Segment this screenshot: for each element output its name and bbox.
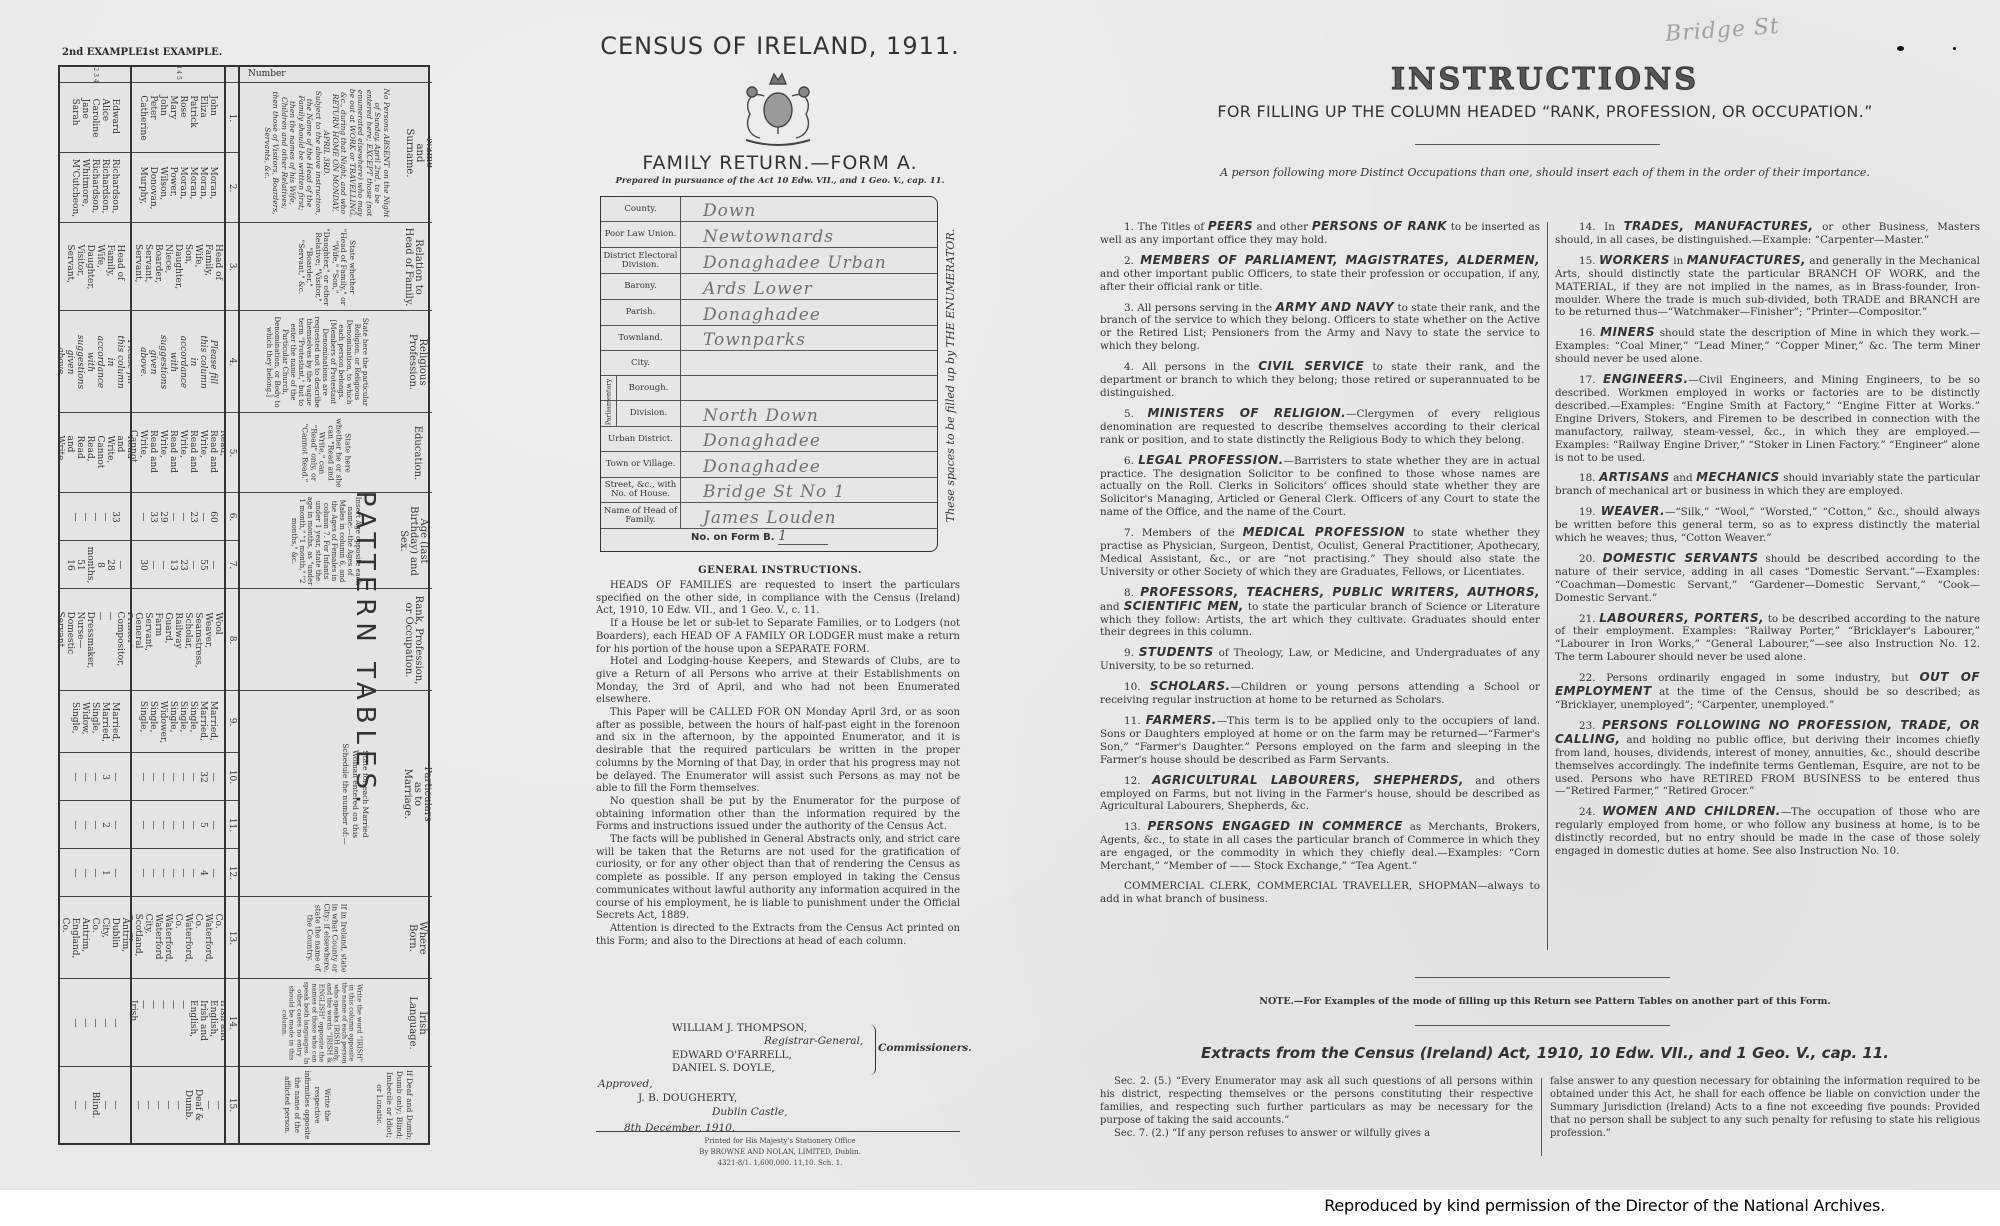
field-label: Division. xyxy=(617,401,681,426)
item-text: The Titles of xyxy=(1138,221,1208,233)
occupation-instructions: INSTRUCTIONS FOR FILLING UP THE COLUMN H… xyxy=(1090,0,2000,1190)
item-number: 12. xyxy=(1124,775,1152,787)
field-value[interactable]: Bridge St No 1 xyxy=(681,478,937,502)
occupations: Farmer, — Wool Weaver, Seamstress, Schol… xyxy=(132,612,224,667)
item-number: 2. xyxy=(1124,255,1140,267)
col-number: 5. xyxy=(227,448,237,457)
religion-note: Please fill this column in accordance wi… xyxy=(60,334,130,388)
instructions-subtitle: FOR FILLING UP THE COLUMN HEADED “RANK, … xyxy=(1090,102,2000,121)
item-text: and other important public Officers, to … xyxy=(1100,268,1540,293)
extracts-title: Extracts from the Census (Ireland) Act, … xyxy=(1090,1044,2000,1062)
instruction-item: 7. Members of the MEDICAL PROFESSION to … xyxy=(1100,526,1540,579)
field-label: Name of Head of Family. xyxy=(601,503,681,528)
col-number: 10. xyxy=(227,769,237,783)
item-number: 16. xyxy=(1579,327,1600,339)
item-keyword: LEGAL PROFESSION. xyxy=(1138,453,1283,467)
irish-language: — — — — — xyxy=(70,1018,120,1027)
field-townland: Townland.Townparks xyxy=(601,326,937,351)
item-text: Persons ordinarily engaged in some indus… xyxy=(1606,672,1919,684)
field-value[interactable]: Townparks xyxy=(681,326,937,350)
field-parish: Parish.Donaghadee xyxy=(601,300,937,326)
field-label: Borough. xyxy=(617,376,681,400)
field-poor-law-union: Poor Law Union.Newtownards xyxy=(601,222,937,248)
instruction-item: 12. AGRICULTURAL LABOURERS, SHEPHERDS, a… xyxy=(1100,774,1540,814)
ages-males: 33 — — — — xyxy=(70,511,120,522)
infirmities: — — Blind. — — xyxy=(70,1092,120,1119)
item-keyword: ARTISANS xyxy=(1599,470,1669,484)
field-town-or-village: Town or Village.Donaghadee xyxy=(601,452,937,478)
field-label: Town or Village. xyxy=(601,452,681,477)
relation-header: Relation to Head of Family. xyxy=(403,227,423,307)
irish-language: Irish and English, Irish and English, — … xyxy=(132,1000,224,1046)
instruction-item: 20. DOMESTIC SERVANTS should be describe… xyxy=(1555,552,1980,605)
item-number: 19. xyxy=(1579,506,1601,518)
field-city: City. xyxy=(601,351,937,376)
item-keyword: CIVIL SERVICE xyxy=(1258,359,1364,373)
item-keyword: PERSONS OF RANK xyxy=(1312,219,1447,233)
infirmities: — — Deaf & Dumb. — — — — — xyxy=(133,1082,223,1128)
item-keyword: PROFESSORS, TEACHERS, PUBLIC WRITERS, AU… xyxy=(1140,585,1540,599)
ages-females: — 55 — 23 13 — — 30 xyxy=(138,559,218,570)
instruction-item: 23. PERSONS FOLLOWING NO PROFESSION, TRA… xyxy=(1555,719,1980,798)
family-return-form-a: CENSUS OF IRELAND, 1911. FAMILY RETURN.—… xyxy=(588,0,972,1190)
where-born-instructions: If in Ireland, state in what County or C… xyxy=(305,903,348,973)
field-head-of-family: Name of Head of Family.James Louden xyxy=(601,503,937,529)
item-number: 1. xyxy=(1124,221,1138,233)
instruction-item: 5. MINISTERS OF RELIGION.—Clergymen of e… xyxy=(1100,407,1540,447)
instructions-note: A person following more Distinct Occupat… xyxy=(1090,166,2000,179)
irish-instructions: Write the word "IRISH" in this column op… xyxy=(279,981,362,1065)
instruction-item: COMMERCIAL CLERK, COMMERCIAL TRAVELLER, … xyxy=(1100,880,1540,906)
col-number: 11. xyxy=(227,817,237,831)
field-label: Parish. xyxy=(601,300,681,325)
field-label: County. xyxy=(601,197,681,221)
field-value[interactable]: Donaghadee xyxy=(681,300,937,325)
marital-status: Married, Married, Single, Single, Single… xyxy=(138,700,218,742)
item-keyword: MEDICAL PROFESSION xyxy=(1243,525,1406,539)
item-keyword: MINERS xyxy=(1600,325,1655,339)
instruction-item: 11. FARMERS.—This term is to be applied … xyxy=(1100,714,1540,767)
item-keyword: MINISTERS OF RELIGION. xyxy=(1148,406,1347,420)
numbers: 1 2 3 4 5 xyxy=(90,67,100,83)
col-number: 3. xyxy=(227,262,237,271)
instruction-paragraph: Attention is directed to the Extracts fr… xyxy=(596,923,960,948)
years-married: — 3 — — — xyxy=(70,772,120,781)
occupation-header: Rank, Profession, or Occupation. xyxy=(403,595,423,685)
census-title: CENSUS OF IRELAND, 1911. xyxy=(588,32,972,60)
instruction-paragraph: If a House be let or sub-let to Separate… xyxy=(596,618,960,656)
item-number: 18. xyxy=(1579,472,1599,484)
numbers: 1 2 3 4 5 6 7 8 xyxy=(173,67,183,83)
item-keyword: MEMBERS OF PARLIAMENT, MAGISTRATES, ALDE… xyxy=(1140,253,1540,267)
field-label: Poor Law Union. xyxy=(601,222,681,247)
field-label: City. xyxy=(601,351,681,375)
royal-crest-icon xyxy=(730,70,826,150)
field-value[interactable] xyxy=(681,351,937,375)
field-value[interactable]: James Louden xyxy=(681,503,937,528)
field-value[interactable]: North Down xyxy=(681,401,937,426)
item-text: and xyxy=(1100,601,1124,613)
item-number: 4. xyxy=(1124,361,1142,373)
item-number: 5. xyxy=(1124,408,1148,420)
instruction-item: 22. Persons ordinarily engaged in some i… xyxy=(1555,671,1980,712)
item-keyword: SCIENTIFIC MEN, xyxy=(1124,599,1244,613)
christian-names: Edward Alice Caroline Jane Sarah xyxy=(70,98,120,137)
archive-credit: Reproduced by kind permission of the Dir… xyxy=(0,1196,2000,1215)
item-number: 10. xyxy=(1124,681,1150,693)
surnames: Richardson, Richardson, Richardson, Whit… xyxy=(70,158,120,216)
item-number: 22. xyxy=(1579,672,1606,684)
divider xyxy=(1415,1025,1670,1026)
field-label: Barony. xyxy=(601,274,681,299)
item-number: 9. xyxy=(1124,647,1139,659)
general-instructions-title: GENERAL INSTRUCTIONS. xyxy=(588,565,972,576)
item-keyword: TRADES, MANUFACTURES, xyxy=(1624,219,1814,233)
relation-instructions: State whether "Head of Family," or "Wife… xyxy=(297,227,357,307)
item-keyword: PERSONS ENGAGED IN COMMERCE xyxy=(1147,819,1402,833)
col-number: 4. xyxy=(227,357,237,366)
name-instructions: No Persons ABSENT on the Night of Sunday… xyxy=(263,88,391,218)
field-street-house-number: Street, &c., with No. of House.Bridge St… xyxy=(601,478,937,503)
instruction-item: 17. ENGINEERS.—Civil Engineers, and Mini… xyxy=(1555,373,1980,464)
general-instructions-body: HEADS OF FAMILIES are requested to inser… xyxy=(596,580,960,948)
item-number: 6. xyxy=(1124,455,1138,467)
instruction-paragraph: HEADS OF FAMILIES are requested to inser… xyxy=(596,580,960,618)
christian-names: John Eliza Patrick Rose Mary John Peter … xyxy=(138,95,218,140)
form-b-value[interactable]: 1 xyxy=(778,528,828,545)
occupations: Printer—Compositor, — — Dressmaker, Nurs… xyxy=(60,611,130,668)
religion-note: Please fill this column in accordance wi… xyxy=(138,334,218,388)
divider xyxy=(1415,977,1670,978)
instruction-item: 8. PROFESSORS, TEACHERS, PUBLIC WRITERS,… xyxy=(1100,586,1540,640)
instruction-paragraph: The facts will be published in General A… xyxy=(596,834,960,923)
item-number: 20. xyxy=(1579,553,1603,565)
item-keyword: PEERS xyxy=(1208,219,1253,233)
field-value[interactable]: Donaghadee xyxy=(681,427,937,451)
instruction-item: 9. STUDENTS of Theology, Law, or Medicin… xyxy=(1100,646,1540,673)
name-header: Name and Surname. xyxy=(404,128,432,177)
item-text: All persons serving in the xyxy=(1137,302,1275,314)
item-number: 24. xyxy=(1579,806,1602,818)
item-keyword: WEAVER. xyxy=(1601,504,1665,518)
item-keyword: MANUFACTURES, xyxy=(1687,253,1806,267)
col-number: 12. xyxy=(227,865,237,879)
commissioners-label: Commissioners. xyxy=(878,1042,972,1054)
where-born-header: Where Born. xyxy=(407,921,427,954)
number-header: Number xyxy=(240,67,432,83)
example-labels: 2nd EXAMPLE. 1st EXAMPLE. xyxy=(58,45,430,65)
approver-name: J. B. DOUGHERTY, xyxy=(638,1092,737,1104)
item-keyword: DOMESTIC SERVANTS xyxy=(1603,551,1759,565)
item-text: In xyxy=(1604,221,1623,233)
instruction-item: 3. All persons serving in the ARMY AND N… xyxy=(1100,301,1540,354)
col-number: 9. xyxy=(227,717,237,726)
instructions-right-column: 14. In TRADES, MANUFACTURES, or other Bu… xyxy=(1555,220,1980,865)
relations: Head of Family, Wife, Daughter, Visitor,… xyxy=(65,244,125,289)
marital-status: Married, Married, Single, Widow, Single, xyxy=(70,701,120,741)
printer-line: By BROWNE AND NOLAN, LIMITED, Dublin. xyxy=(588,1147,972,1158)
form-b-label: No. on Form B. xyxy=(691,532,775,543)
instruction-item: 1. The Titles of PEERS and other PERSONS… xyxy=(1100,220,1540,247)
printer-line: Printed for His Majesty's Stationery Off… xyxy=(588,1136,972,1147)
item-text: and xyxy=(1670,472,1697,484)
signatory-name: WILLIAM J. THOMPSON, xyxy=(672,1022,807,1034)
education: Read and Write, Read and Write, Cannot R… xyxy=(60,435,130,470)
field-barony: Barony.Ards Lower xyxy=(601,274,937,300)
item-number: 15. xyxy=(1579,255,1599,267)
col-number: 15. xyxy=(227,1098,237,1112)
children-living: — 1 — — — xyxy=(70,868,120,877)
instruction-item: 15. WORKERS in MANUFACTURES, and general… xyxy=(1555,254,1980,320)
form-title: FAMILY RETURN.—FORM A. xyxy=(588,152,972,174)
instructions-title: INSTRUCTIONS xyxy=(1090,62,2000,97)
instruction-item: 2. MEMBERS OF PARLIAMENT, MAGISTRATES, A… xyxy=(1100,254,1540,294)
col-number: 2. xyxy=(227,183,237,192)
item-text: Members of the xyxy=(1142,527,1243,539)
marriage-header: Particulars as to Marriage. xyxy=(402,766,432,821)
item-keyword: LABOURERS, PORTERS, xyxy=(1599,611,1764,625)
item-keyword: STUDENTS xyxy=(1139,645,1214,659)
instruction-item: 24. WOMEN AND CHILDREN.—The occupation o… xyxy=(1555,805,1980,858)
second-example-column: 1 2 3 4 5 Edward Alice Caroline Jane Sar… xyxy=(60,67,132,1143)
instruction-item: 13. PERSONS ENGAGED IN COMMERCE as Merch… xyxy=(1100,820,1540,873)
printer-imprint: Printed for His Majesty's Stationery Off… xyxy=(588,1136,972,1169)
extracts-right: false answer to any question necessary f… xyxy=(1550,1075,1980,1140)
item-number: 8. xyxy=(1124,587,1140,599)
age-header: Age (last Birthday) and Sex. xyxy=(398,496,428,586)
item-keyword: SCHOLARS. xyxy=(1150,679,1231,693)
item-keyword: FARMERS. xyxy=(1146,713,1217,727)
approved-label: Approved, xyxy=(598,1078,653,1090)
approver-place: Dublin Castle, xyxy=(712,1106,788,1118)
pattern-tables-title: PATTERN TABLES. xyxy=(345,440,385,860)
column-number-strip: 1. 2. 3. 4. 5. 6. 7. 8. 9. 10. 11. 12. 1… xyxy=(226,67,240,1143)
religion-instructions: State here the particular Religion, or R… xyxy=(265,312,369,412)
field-value[interactable] xyxy=(681,376,937,400)
census-document-sheet: 2nd EXAMPLE. 1st EXAMPLE. 1 2 3 4 5 Edwa… xyxy=(0,0,2000,1190)
field-value[interactable]: Ards Lower xyxy=(681,274,937,299)
column-divider xyxy=(1547,222,1548,950)
extracts-left: Sec. 2. (5.) “Every Enumerator may ask a… xyxy=(1100,1075,1533,1140)
form-subtitle: Prepared in pursuance of the Act 10 Edw.… xyxy=(588,176,972,186)
item-keyword: ARMY AND NAVY xyxy=(1276,300,1395,314)
relations: Head of Family, Wife, Son, Daughter, Nie… xyxy=(133,244,223,290)
field-label: Street, &c., with No. of House. xyxy=(601,478,681,502)
item-number: 7. xyxy=(1124,527,1142,539)
divider xyxy=(596,1131,960,1132)
instruction-item: 21. LABOURERS, PORTERS, to be described … xyxy=(1555,612,1980,665)
surnames: Moran, Moran, Moran, Moran, Power, Wilso… xyxy=(138,166,218,209)
item-text: All persons in the xyxy=(1142,361,1258,373)
first-example-label: 1st EXAMPLE. xyxy=(142,47,222,58)
instruction-item: 4. All persons in the CIVIL SERVICE to s… xyxy=(1100,360,1540,400)
field-value[interactable]: Newtownards xyxy=(681,222,937,247)
col-number: 8. xyxy=(227,635,237,644)
item-keyword: ENGINEERS. xyxy=(1603,372,1688,386)
form-b-number: No. on Form B. 1 xyxy=(691,528,828,545)
item-keyword: MECHANICS xyxy=(1696,470,1779,484)
col-number: 14. xyxy=(227,1015,237,1029)
where-born: Co. Antrim, Dublin City, Co. Antrim, Eng… xyxy=(60,917,130,958)
field-label: Townland. xyxy=(601,326,681,350)
item-number: 21. xyxy=(1579,613,1599,625)
enumerator-side-note: These spaces to be filled up by THE ENUM… xyxy=(940,200,962,550)
item-keyword: WORKERS xyxy=(1599,253,1670,267)
instruction-item: 18. ARTISANS and MECHANICS should invari… xyxy=(1555,471,1980,498)
instruction-item: 6. LEGAL PROFESSION.—Barristers to state… xyxy=(1100,454,1540,520)
column-divider xyxy=(1541,1078,1542,1156)
instruction-item: 19. WEAVER.—“Silk,” “Wool,” “Worsted,” “… xyxy=(1555,505,1980,545)
enumerator-side-note-text: These spaces to be filled up by THE ENUM… xyxy=(945,228,958,521)
second-example-label: 2nd EXAMPLE. xyxy=(62,47,146,58)
extract-paragraph: Sec. 2. (5.) “Every Enumerator may ask a… xyxy=(1100,1075,1533,1127)
instruction-item: 10. SCHOLARS.—Children or young persons … xyxy=(1100,680,1540,707)
years-married: — 32 — — — — — — xyxy=(138,771,218,782)
pattern-tables-title-text: PATTERN TABLES. xyxy=(350,491,380,809)
item-keyword: AGRICULTURAL LABOURERS, SHEPHERDS, xyxy=(1152,773,1464,787)
first-example-column: 1 2 3 4 5 6 7 8 John Eliza Patrick Rose … xyxy=(132,67,226,1143)
ages-males: 60 — 23 — — 29 33 — xyxy=(138,511,218,522)
field-label: Urban District. xyxy=(601,427,681,451)
field-urban-district: Urban District.Donaghadee xyxy=(601,427,937,452)
instruction-item: 16. MINERS should state the description … xyxy=(1555,326,1980,366)
education-header: Education. xyxy=(412,425,422,480)
field-division: Division.North Down xyxy=(601,401,937,427)
item-number: 11. xyxy=(1124,715,1146,727)
item-text: —Civil Engineers, and Mining Engineers, … xyxy=(1555,374,1980,463)
col-number: 13. xyxy=(227,930,237,944)
instructions-left-column: 1. The Titles of PEERS and other PERSONS… xyxy=(1100,220,1540,913)
item-text: and other xyxy=(1253,221,1312,233)
item-number: 17. xyxy=(1579,374,1603,386)
header-column: Number No Persons ABSENT on the Night of… xyxy=(240,67,432,1143)
item-number: 23. xyxy=(1579,720,1602,732)
field-value[interactable]: Down xyxy=(681,197,937,221)
education: Read and Write, Read, Read and Write, Re… xyxy=(132,430,224,476)
col-number: 1. xyxy=(227,113,237,122)
field-label: District Electoral Division. xyxy=(601,248,681,273)
pattern-tables-note: NOTE.—For Examples of the mode of fillin… xyxy=(1090,996,2000,1007)
item-text: COMMERCIAL CLERK, COMMERCIAL TRAVELLER, … xyxy=(1100,880,1540,905)
field-value[interactable]: Donaghadee Urban xyxy=(681,248,937,273)
brace xyxy=(868,1025,876,1075)
field-borough: Borough. xyxy=(601,376,937,401)
infirmities-header: If Deaf and Dumb; Dumb only; Blind; Imbe… xyxy=(374,1070,414,1140)
field-county: County.Down xyxy=(601,197,937,222)
irish-header: Irish Language. xyxy=(407,996,427,1049)
col-number: 7. xyxy=(227,560,237,569)
religion-header: Religious Profession. xyxy=(407,333,427,389)
item-number: 14. xyxy=(1579,221,1604,233)
item-text: in xyxy=(1670,255,1687,267)
col-number: 6. xyxy=(227,512,237,521)
field-district-electoral-division: District Electoral Division.Donaghadee U… xyxy=(601,248,937,274)
where-born: Co. Waterford, Co. Waterford, Co. Waterf… xyxy=(132,913,224,962)
extract-paragraph: Sec. 7. (2.) “If any person refuses to a… xyxy=(1100,1127,1533,1140)
children-living: — 4 — — — — — — xyxy=(138,868,218,877)
children-born: — 5 — — — — — — xyxy=(138,820,218,829)
signatory-title: Registrar-General, xyxy=(764,1035,863,1047)
instruction-item: 14. In TRADES, MANUFACTURES, or other Bu… xyxy=(1555,220,1980,247)
item-number: 13. xyxy=(1124,821,1147,833)
item-keyword: WOMEN AND CHILDREN. xyxy=(1602,804,1781,818)
approval-date: 8th December, 1910. xyxy=(624,1122,735,1134)
instruction-paragraph: This Paper will be CALLED FOR ON Monday … xyxy=(596,707,960,796)
instruction-paragraph: Hotel and Lodging-house Keepers, and Ste… xyxy=(596,656,960,707)
divider xyxy=(1415,144,1660,145)
ages-females: — 28 8 months, 51 16 xyxy=(65,546,125,583)
infirmities-instructions: Write the respective infirmities opposit… xyxy=(282,1070,332,1140)
signatory-name: EDWARD O'FARRELL, xyxy=(672,1049,792,1061)
printer-line: 4321-8/1. 1,600,000. 11,10. Sch. 1. xyxy=(588,1158,972,1169)
field-value[interactable]: Donaghadee xyxy=(681,452,937,477)
enumerator-fields-box: County.Down Poor Law Union.Newtownards D… xyxy=(600,196,938,552)
item-number: 3. xyxy=(1124,302,1137,314)
signatory-name: DANIEL S. DOYLE, xyxy=(672,1062,775,1074)
children-born: — 2 — — — xyxy=(70,820,120,829)
instruction-paragraph: No question shall be put by the Enumerat… xyxy=(596,796,960,834)
